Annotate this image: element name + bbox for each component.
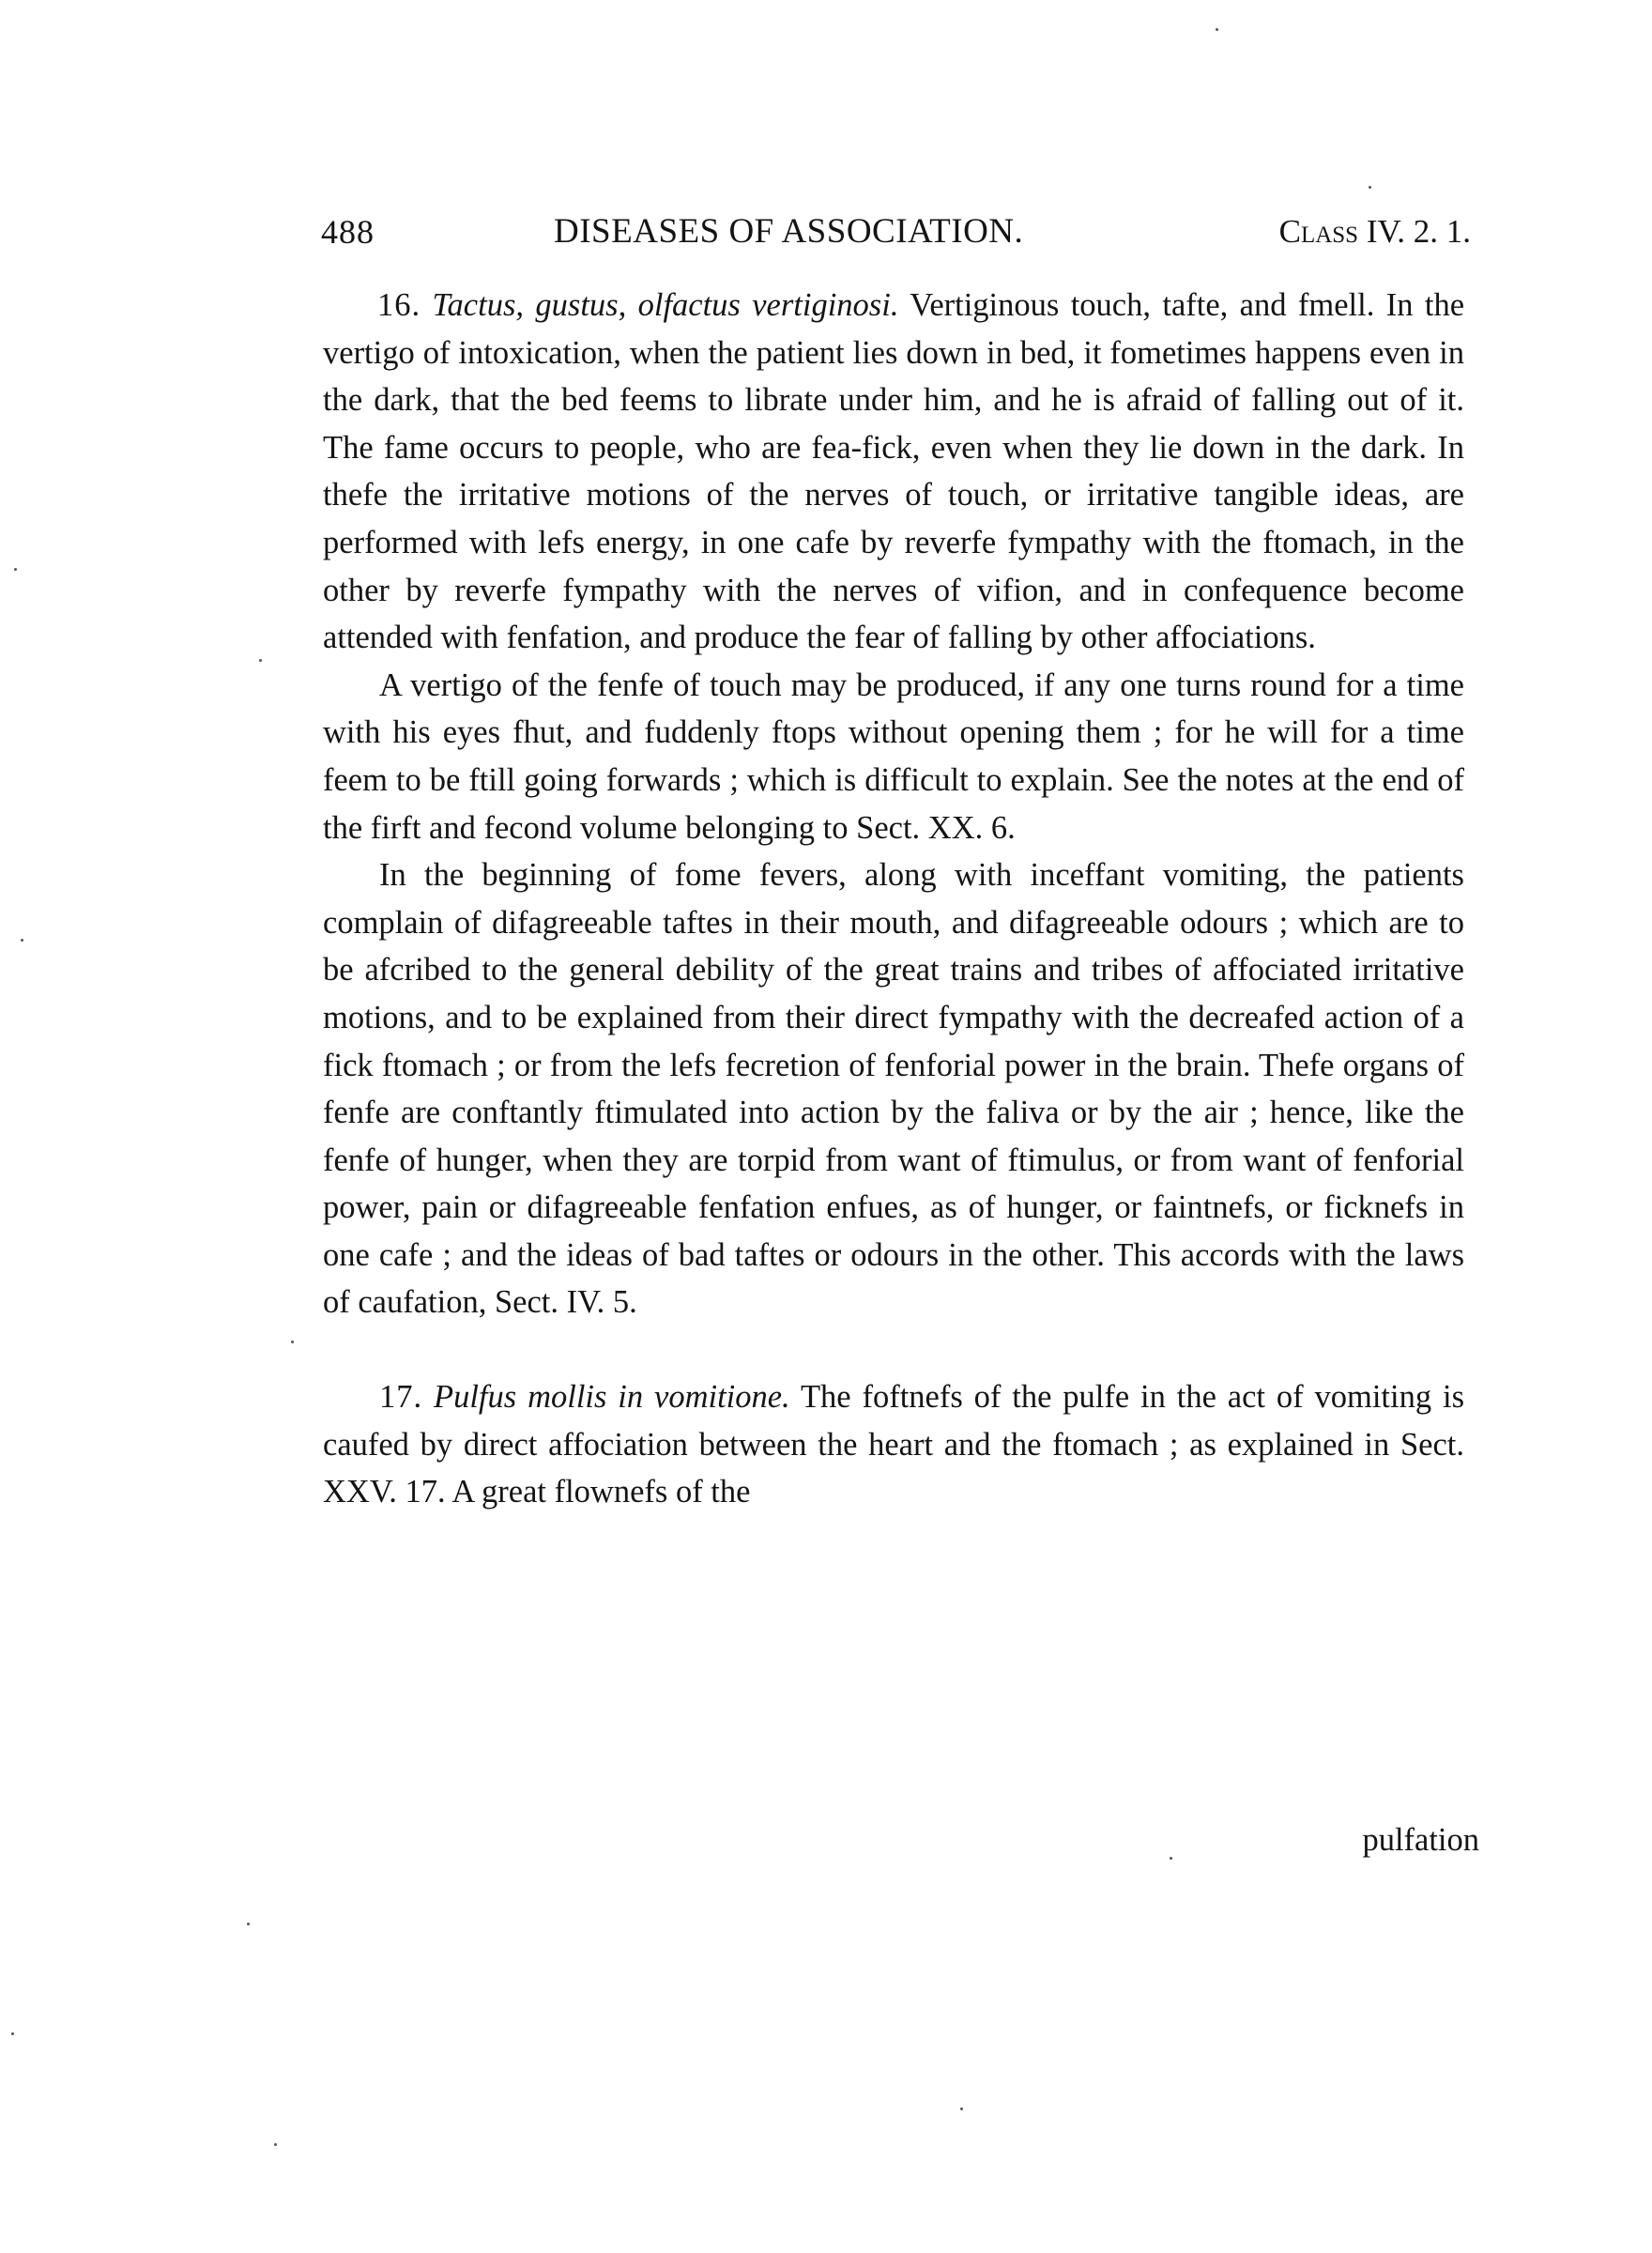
section-latin-title: Tactus, gustus, olfactus vertiginosi.	[433, 287, 899, 323]
scan-speck	[960, 2107, 963, 2110]
page-number: 488	[321, 208, 375, 255]
scan-speck	[247, 1923, 250, 1925]
class-reference: Class IV. 2. 1.	[1279, 208, 1471, 255]
scan-speck	[1170, 1857, 1172, 1860]
scan-speck	[274, 2143, 277, 2146]
scan-speck	[291, 1341, 294, 1343]
class-label: Class	[1279, 213, 1358, 250]
scan-speck	[11, 2032, 14, 2035]
catchword: pulfation	[1362, 1816, 1479, 1863]
book-page: 488 DISEASES OF ASSOCIATION. Class IV. 2…	[0, 0, 1652, 2253]
section-16-paragraph-3: In the beginning of fome fevers, along w…	[323, 851, 1464, 1326]
section-latin-title: Pulfus mollis in vomitione.	[434, 1379, 790, 1415]
section-16-paragraph-1: 16. Tactus, gustus, olfactus vertiginosi…	[323, 282, 1464, 662]
section-number: 16.	[377, 287, 421, 323]
running-head: 488 DISEASES OF ASSOCIATION. Class IV. 2…	[321, 208, 1471, 255]
class-number: IV. 2. 1.	[1367, 213, 1471, 250]
scan-speck	[1369, 186, 1371, 189]
section-17-paragraph-1: 17. Pulfus mollis in vomitione. The foft…	[323, 1373, 1464, 1516]
paragraph-text: Vertiginous touch, tafte, and fmell. In …	[323, 287, 1464, 655]
section-number: 17.	[379, 1379, 422, 1415]
scan-speck	[259, 659, 262, 662]
body-text: 16. Tactus, gustus, olfactus vertiginosi…	[323, 282, 1464, 1516]
running-title: DISEASES OF ASSOCIATION.	[554, 208, 1023, 255]
scan-speck	[21, 939, 23, 942]
section-16-paragraph-2: A vertigo of the fenfe of touch may be p…	[323, 662, 1464, 851]
scan-speck	[14, 568, 17, 571]
scan-speck	[1216, 28, 1218, 31]
